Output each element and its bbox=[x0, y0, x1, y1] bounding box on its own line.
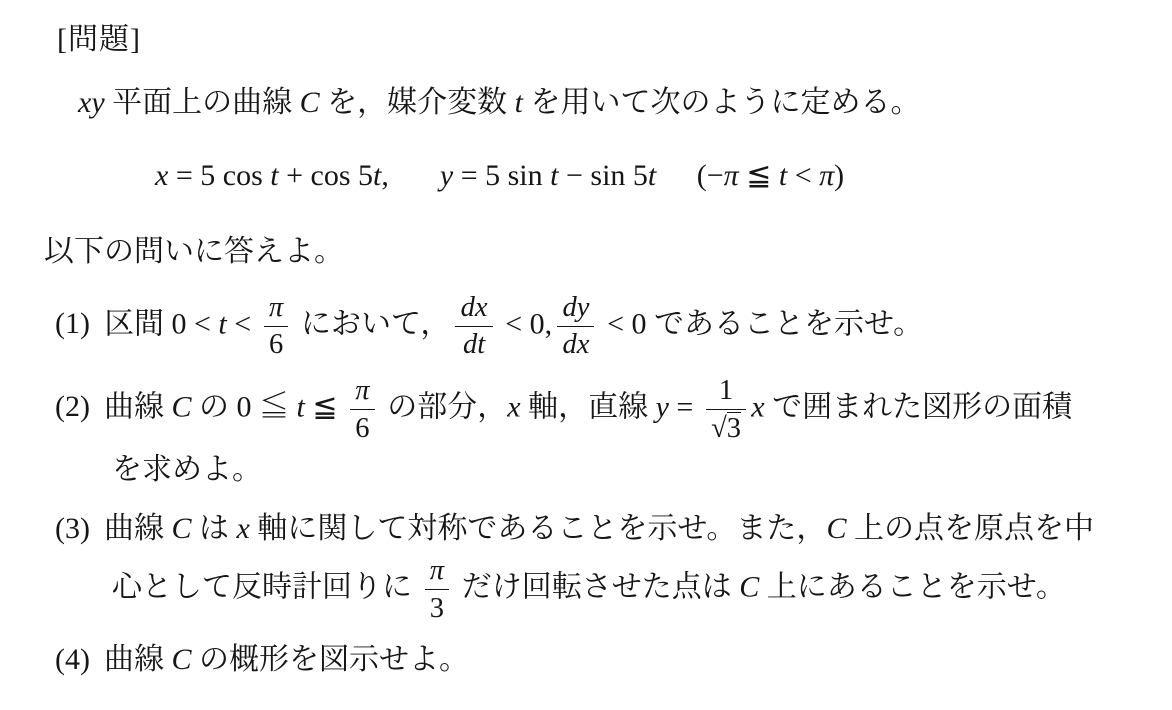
text-run: の概形を図示せよ。 bbox=[192, 643, 470, 676]
text-run: 曲線 bbox=[104, 643, 172, 676]
math-var-x: x bbox=[751, 390, 764, 423]
text-run: において， bbox=[293, 307, 450, 340]
text-run: < 0 であることを示せ。 bbox=[600, 307, 924, 340]
question-4-label: (4) bbox=[55, 643, 90, 676]
text-run: を求めよ。 bbox=[112, 453, 262, 486]
text-run: を，媒介変数 bbox=[320, 86, 515, 119]
math-var-t: t bbox=[270, 159, 278, 192]
math-problem-page: [問題] xy 平面上の曲線 C を，媒介変数 t を用いて次のように定める。 … bbox=[0, 0, 1172, 710]
fraction-numerator: π bbox=[264, 291, 289, 326]
fraction-denominator: dt bbox=[455, 326, 492, 362]
fraction-denominator: 6 bbox=[264, 326, 289, 362]
math-var-C: C bbox=[826, 512, 846, 545]
fraction-dy-over-dx: dydx bbox=[557, 291, 594, 362]
fraction-pi-over-6: π6 bbox=[350, 374, 375, 445]
leq-sign: ≦ bbox=[739, 159, 779, 192]
radical-sign: √ bbox=[711, 413, 727, 444]
math-var-t: t bbox=[515, 86, 523, 119]
math-var-x: x bbox=[507, 390, 520, 423]
math-var-C: C bbox=[171, 643, 191, 676]
math-var-t: t bbox=[218, 307, 226, 340]
lt-sign: < bbox=[227, 307, 259, 340]
fraction-pi-over-6: π6 bbox=[264, 291, 289, 362]
text-run: 区間 0 < bbox=[104, 307, 218, 340]
lt-sign: < bbox=[787, 159, 819, 192]
text-run: 曲線 bbox=[104, 390, 172, 423]
text-run: < 0, bbox=[498, 307, 552, 340]
problem-title: [問題] bbox=[57, 0, 1172, 59]
equation-x-part: x = 5 cos t + cos 5t, bbox=[155, 159, 389, 192]
math-var-x: x bbox=[237, 512, 250, 545]
text-run: 軸に関して対称であることを示せ。また， bbox=[250, 512, 827, 545]
text-run: の部分， bbox=[380, 390, 508, 423]
text-run: で囲まれた図形の面積 bbox=[765, 390, 1073, 423]
math-var-t: t bbox=[297, 390, 305, 423]
text-run: 軸，直線 bbox=[521, 390, 656, 423]
fraction-denominator: 6 bbox=[350, 409, 375, 445]
question-3: (3)曲線 C は x 軸に関して対称であることを示せ。また，C 上の点を原点を… bbox=[0, 504, 1172, 626]
text-run: の 0 ≦ bbox=[192, 390, 297, 423]
math-var-t: t bbox=[648, 159, 656, 192]
question-2-label: (2) bbox=[55, 390, 90, 423]
radicand: 3 bbox=[727, 412, 741, 444]
text-run: − sin 5 bbox=[558, 159, 647, 192]
question-3-label: (3) bbox=[55, 512, 90, 545]
math-var-y: y bbox=[656, 390, 669, 423]
text-run: だけ回転させた点は bbox=[454, 571, 739, 604]
fraction-numerator: dy bbox=[557, 291, 594, 326]
math-var-t: t bbox=[779, 159, 787, 192]
math-var-C: C bbox=[171, 390, 191, 423]
fraction-numerator: π bbox=[425, 554, 450, 589]
text-run: + cos 5 bbox=[279, 159, 373, 192]
text-run: は bbox=[192, 512, 237, 545]
text-run: 曲線 bbox=[104, 512, 172, 545]
math-var-x: x bbox=[155, 159, 168, 192]
question-4: (4)曲線 C の概形を図示せよ。 bbox=[0, 635, 1172, 685]
equals-sign: = bbox=[669, 390, 701, 423]
fraction-denominator: 3 bbox=[425, 589, 450, 625]
fraction-denominator: √3 bbox=[706, 409, 746, 445]
text-run: , bbox=[381, 159, 389, 192]
math-pi: π bbox=[819, 159, 834, 192]
fraction-dx-over-dt: dxdt bbox=[455, 291, 492, 362]
fraction-1-over-sqrt3: 1√3 bbox=[706, 374, 746, 445]
question-1: (1)区間 0 < t < π6 において，dxdt < 0,dydx < 0 … bbox=[0, 291, 1172, 362]
math-var-C: C bbox=[739, 571, 759, 604]
math-var-C: C bbox=[171, 512, 191, 545]
text-run: ) bbox=[834, 159, 844, 192]
math-pi: π bbox=[724, 159, 739, 192]
fraction-numerator: π bbox=[350, 374, 375, 409]
question-2: (2)曲線 C の 0 ≦ t ≦ π6 の部分，x 軸，直線 y = 1√3x… bbox=[0, 374, 1172, 496]
math-var-xy: xy bbox=[78, 86, 105, 119]
text-run: 平面上の曲線 bbox=[105, 86, 300, 119]
fraction-denominator: dx bbox=[557, 326, 594, 362]
text-run: (− bbox=[697, 159, 724, 192]
lead-sentence: 以下の問いに答えよ。 bbox=[44, 232, 1172, 271]
math-var-y: y bbox=[440, 159, 453, 192]
intro-paragraph: xy 平面上の曲線 C を，媒介変数 t を用いて次のように定める。 bbox=[78, 83, 1172, 122]
fraction-numerator: dx bbox=[455, 291, 492, 326]
leq-sign: ≦ bbox=[305, 390, 345, 423]
text-run: = 5 sin bbox=[453, 159, 550, 192]
math-var-C: C bbox=[300, 86, 320, 119]
question-1-label: (1) bbox=[55, 307, 90, 340]
text-run: = 5 cos bbox=[168, 159, 270, 192]
text-run: 上にあることを示せ。 bbox=[759, 571, 1066, 604]
text-run: 心として反時計回りに bbox=[112, 571, 420, 604]
fraction-numerator: 1 bbox=[706, 374, 746, 409]
text-run: 上の点を原点を中 bbox=[846, 512, 1094, 545]
equation-y-part: y = 5 sin t − sin 5t bbox=[440, 159, 656, 192]
fraction-pi-over-3: π3 bbox=[425, 554, 450, 625]
equation-domain: (−π ≦ t < π) bbox=[697, 159, 844, 192]
parametric-equation: x = 5 cos t + cos 5t,y = 5 sin t − sin 5… bbox=[155, 154, 1172, 198]
text-run: を用いて次のように定める。 bbox=[523, 86, 921, 119]
